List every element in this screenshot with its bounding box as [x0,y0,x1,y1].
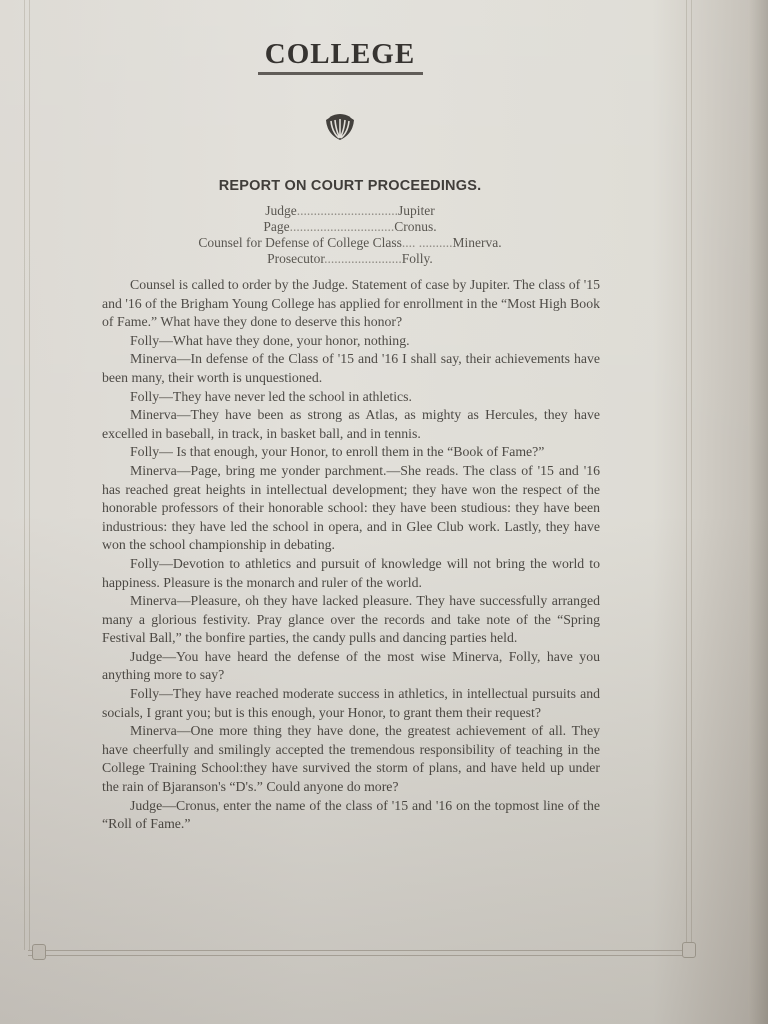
cast-role: Judge [265,203,297,218]
paragraph: Judge—You have heard the defense of the … [102,648,600,685]
paragraph: Minerva—They have been as strong as Atla… [102,406,600,443]
paragraph: Minerva—Pleasure, oh they have lacked pl… [102,592,600,648]
cast-row-judge: Judge..............................Jupit… [100,203,600,219]
shell-emblem-icon [322,108,358,144]
adjacent-page-edge [748,0,768,1024]
cast-name: Minerva. [453,235,502,250]
cast-role: Counsel for Defense of College Class [198,235,402,250]
page-border-bottom [28,950,693,956]
paragraph: Minerva—Page, bring me yonder parchment.… [102,462,600,555]
cast-role: Prosecutor [267,251,324,266]
paragraph: Minerva—In defense of the Class of '15 a… [102,350,600,387]
paragraph: Folly— Is that enough, your Honor, to en… [102,443,600,462]
border-corner-ornament [32,944,46,960]
paragraph: Judge—Cronus, enter the name of the clas… [102,797,600,834]
cast-row-counsel: Counsel for Defense of College Class....… [100,235,600,251]
page-border-left [24,0,30,950]
paragraph: Folly—Devotion to athletics and pursuit … [102,555,600,592]
leader-dots: ............................... [290,219,395,234]
leader-dots: .............................. [297,203,398,218]
cast-name: Jupiter [398,203,435,218]
title-underline [258,72,423,75]
cast-name: Cronus. [394,219,436,234]
cast-row-prosecutor: Prosecutor.......................Folly. [100,251,600,267]
border-corner-ornament [682,942,696,958]
leader-dots: ....................... [324,251,402,266]
cast-name: Folly. [402,251,433,266]
report-heading: REPORT ON COURT PROCEEDINGS. [100,178,600,194]
proceedings-body: Counsel is called to order by the Judge.… [102,276,600,834]
paragraph: Folly—What have they done, your honor, n… [102,332,600,351]
paragraph: Folly—They have never led the school in … [102,388,600,407]
leader-dots: .... .......... [402,235,453,250]
page-title: COLLEGE [255,38,425,71]
cast-list: Judge..............................Jupit… [100,203,600,267]
cast-row-page: Page...............................Cronu… [100,219,600,235]
paragraph: Minerva—One more thing they have done, t… [102,722,600,796]
cast-role: Page [263,219,289,234]
page-border-right [686,0,692,950]
paragraph: Counsel is called to order by the Judge.… [102,276,600,332]
paragraph: Folly—They have reached moderate success… [102,685,600,722]
